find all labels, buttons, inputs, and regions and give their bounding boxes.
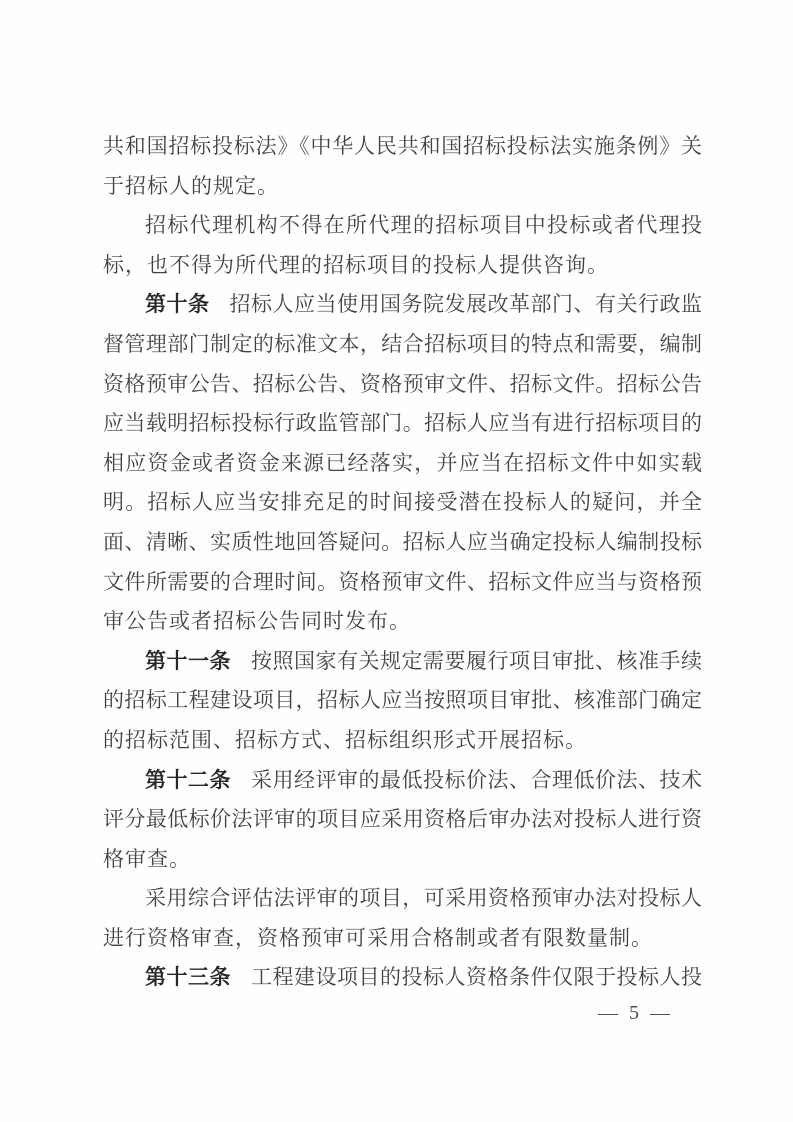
article-number: 第十一条 <box>145 649 231 673</box>
text-line: 文件所需要的合理时间。资格预审文件、招标文件应当与资格预 <box>103 563 702 603</box>
text-line: 第十条招标人应当使用国务院发展改革部门、有关行政监 <box>103 285 702 325</box>
text-segment: 按照国家有关规定需要履行项目审批、核准手续 <box>251 649 702 673</box>
text-line: 审公告或者招标公告同时发布。 <box>103 602 702 642</box>
text-segment: 审公告或者招标公告同时发布。 <box>103 609 411 633</box>
text-line: 的招标工程建设项目，招标人应当按照项目审批、核准部门确定 <box>103 681 702 721</box>
text-segment: 格审查。 <box>103 847 191 871</box>
text-segment: 明。招标人应当安排充足的时间接受潜在投标人的疑问，并全 <box>103 490 702 514</box>
article-number: 第十三条 <box>145 965 231 989</box>
text-segment: 相应资金或者资金来源已经落实，并应当在招标文件中如实载 <box>103 451 702 475</box>
text-segment: 进行资格审查，资格预审可采用合格制或者有限数量制。 <box>103 926 653 950</box>
text-segment: 工程建设项目的投标人资格条件仅限于投标人投 <box>251 965 702 989</box>
text-segment: 于招标人的规定。 <box>103 174 279 198</box>
text-segment: 采用综合评估法评审的项目，可采用资格预审办法对投标人 <box>145 886 702 910</box>
text-segment: 评分最低标价法评审的项目应采用资格后审办法对投标人进行资 <box>103 807 702 831</box>
text-line: 资格预审公告、招标公告、资格预审文件、招标文件。招标公告 <box>103 365 702 405</box>
text-line: 第十三条工程建设项目的投标人资格条件仅限于投标人投 <box>103 958 702 998</box>
text-segment: 督管理部门制定的标准文本，结合招标项目的特点和需要，编制 <box>103 332 702 356</box>
text-line: 招标代理机构不得在所代理的招标项目中投标或者代理投 <box>103 206 702 246</box>
text-segment: 招标人应当使用国务院发展改革部门、有关行政监 <box>230 292 703 316</box>
text-segment: 共和国招标投标法》《中华人民共和国招标投标法实施条例》关 <box>103 134 702 158</box>
article-number: 第十二条 <box>145 768 231 792</box>
text-line: 评分最低标价法评审的项目应采用资格后审办法对投标人进行资 <box>103 800 702 840</box>
text-line: 第十二条采用经评审的最低投标价法、合理低价法、技术 <box>103 761 702 801</box>
text-line: 标，也不得为所代理的招标项目的投标人提供咨询。 <box>103 246 702 286</box>
document-body: 共和国招标投标法》《中华人民共和国招标投标法实施条例》关于招标人的规定。招标代理… <box>103 127 702 998</box>
text-line: 格审查。 <box>103 840 702 880</box>
text-segment: 应当载明招标投标行政监管部门。招标人应当有进行招标项目的 <box>103 411 702 435</box>
text-line: 面、清晰、实质性地回答疑问。招标人应当确定投标人编制投标 <box>103 523 702 563</box>
text-segment: 采用经评审的最低投标价法、合理低价法、技术 <box>251 768 702 792</box>
text-segment: 面、清晰、实质性地回答疑问。招标人应当确定投标人编制投标 <box>103 530 702 554</box>
text-line: 于招标人的规定。 <box>103 167 702 207</box>
text-line: 明。招标人应当安排充足的时间接受潜在投标人的疑问，并全 <box>103 483 702 523</box>
text-segment: 招标代理机构不得在所代理的招标项目中投标或者代理投 <box>145 213 702 237</box>
text-line: 的招标范围、招标方式、招标组织形式开展招标。 <box>103 721 702 761</box>
text-line: 采用综合评估法评审的项目，可采用资格预审办法对投标人 <box>103 879 702 919</box>
document-page: 共和国招标投标法》《中华人民共和国招标投标法实施条例》关于招标人的规定。招标代理… <box>0 0 793 1122</box>
text-segment: 文件所需要的合理时间。资格预审文件、招标文件应当与资格预 <box>103 570 702 594</box>
text-line: 应当载明招标投标行政监管部门。招标人应当有进行招标项目的 <box>103 404 702 444</box>
text-segment: 的招标工程建设项目，招标人应当按照项目审批、核准部门确定 <box>103 688 702 712</box>
page-number: — 5 — <box>598 1000 673 1026</box>
text-segment: 的招标范围、招标方式、招标组织形式开展招标。 <box>103 728 587 752</box>
text-segment: 标，也不得为所代理的招标项目的投标人提供咨询。 <box>103 253 609 277</box>
text-line: 第十一条按照国家有关规定需要履行项目审批、核准手续 <box>103 642 702 682</box>
article-number: 第十条 <box>145 292 210 316</box>
text-line: 督管理部门制定的标准文本，结合招标项目的特点和需要，编制 <box>103 325 702 365</box>
text-line: 相应资金或者资金来源已经落实，并应当在招标文件中如实载 <box>103 444 702 484</box>
text-line: 进行资格审查，资格预审可采用合格制或者有限数量制。 <box>103 919 702 959</box>
text-segment: 资格预审公告、招标公告、资格预审文件、招标文件。招标公告 <box>103 372 702 396</box>
text-line: 共和国招标投标法》《中华人民共和国招标投标法实施条例》关 <box>103 127 702 167</box>
